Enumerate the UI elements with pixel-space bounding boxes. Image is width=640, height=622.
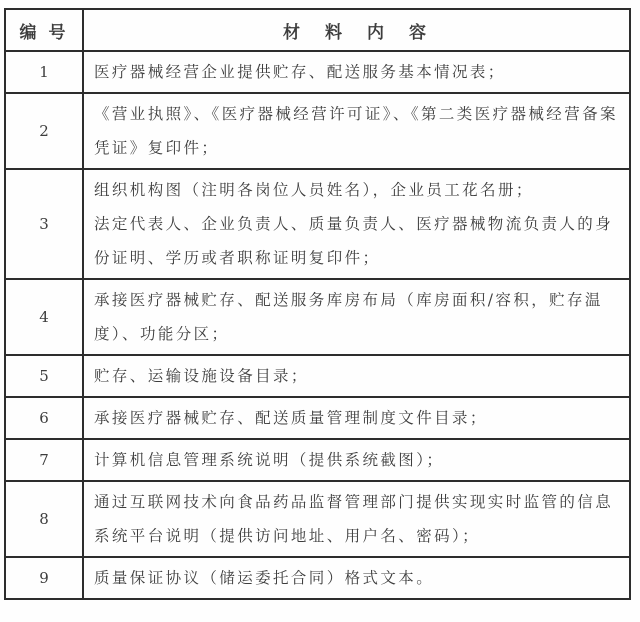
table-row: 4 承接医疗器械贮存、配送服务库房布局（库房面积/容积，贮存温度）、功能分区； (5, 279, 630, 355)
row-number: 4 (5, 279, 83, 355)
content-line: 《营业执照》、《医疗器械经营许可证》、《第二类医疗器械经营备案凭证》复印件； (94, 97, 619, 165)
materials-table-wrap: 编 号 材 料 内 容 1 医疗器械经营企业提供贮存、配送服务基本情况表； 2 … (4, 8, 631, 600)
row-number: 7 (5, 439, 83, 481)
table-row: 1 医疗器械经营企业提供贮存、配送服务基本情况表； (5, 51, 630, 93)
row-content: 计算机信息管理系统说明（提供系统截图）； (83, 439, 630, 481)
document-page: 编 号 材 料 内 容 1 医疗器械经营企业提供贮存、配送服务基本情况表； 2 … (0, 0, 640, 622)
content-line: 承接医疗器械贮存、配送质量管理制度文件目录； (94, 401, 619, 435)
materials-table: 编 号 材 料 内 容 1 医疗器械经营企业提供贮存、配送服务基本情况表； 2 … (4, 8, 631, 600)
row-number: 6 (5, 397, 83, 439)
content-line: 组织机构图（注明各岗位人员姓名），企业员工花名册； (94, 173, 619, 207)
content-line: 质量保证协议（储运委托合同）格式文本。 (94, 561, 619, 595)
table-body: 1 医疗器械经营企业提供贮存、配送服务基本情况表； 2 《营业执照》、《医疗器械… (5, 51, 630, 599)
table-row: 7 计算机信息管理系统说明（提供系统截图）； (5, 439, 630, 481)
row-content: 《营业执照》、《医疗器械经营许可证》、《第二类医疗器械经营备案凭证》复印件； (83, 93, 630, 169)
content-line: 法定代表人、企业负责人、质量负责人、医疗器械物流负责人的身份证明、学历或者职称证… (94, 207, 619, 275)
row-number: 9 (5, 557, 83, 599)
header-number: 编 号 (5, 9, 83, 51)
content-line: 计算机信息管理系统说明（提供系统截图）； (94, 443, 619, 477)
content-line: 通过互联网技术向食品药品监督管理部门提供实现实时监管的信息系统平台说明（提供访问… (94, 485, 619, 553)
table-row: 3 组织机构图（注明各岗位人员姓名），企业员工花名册；法定代表人、企业负责人、质… (5, 169, 630, 279)
content-line: 承接医疗器械贮存、配送服务库房布局（库房面积/容积，贮存温度）、功能分区； (94, 283, 619, 351)
row-content: 贮存、运输设施设备目录； (83, 355, 630, 397)
header-row: 编 号 材 料 内 容 (5, 9, 630, 51)
table-row: 2 《营业执照》、《医疗器械经营许可证》、《第二类医疗器械经营备案凭证》复印件； (5, 93, 630, 169)
row-content: 医疗器械经营企业提供贮存、配送服务基本情况表； (83, 51, 630, 93)
table-header: 编 号 材 料 内 容 (5, 9, 630, 51)
table-row: 9 质量保证协议（储运委托合同）格式文本。 (5, 557, 630, 599)
table-row: 8 通过互联网技术向食品药品监督管理部门提供实现实时监管的信息系统平台说明（提供… (5, 481, 630, 557)
row-content: 承接医疗器械贮存、配送质量管理制度文件目录； (83, 397, 630, 439)
content-line: 医疗器械经营企业提供贮存、配送服务基本情况表； (94, 55, 619, 89)
row-number: 8 (5, 481, 83, 557)
row-number: 2 (5, 93, 83, 169)
row-content: 质量保证协议（储运委托合同）格式文本。 (83, 557, 630, 599)
table-row: 6 承接医疗器械贮存、配送质量管理制度文件目录； (5, 397, 630, 439)
row-content: 组织机构图（注明各岗位人员姓名），企业员工花名册；法定代表人、企业负责人、质量负… (83, 169, 630, 279)
content-line: 贮存、运输设施设备目录； (94, 359, 619, 393)
row-number: 5 (5, 355, 83, 397)
row-content: 通过互联网技术向食品药品监督管理部门提供实现实时监管的信息系统平台说明（提供访问… (83, 481, 630, 557)
table-row: 5 贮存、运输设施设备目录； (5, 355, 630, 397)
header-content: 材 料 内 容 (83, 9, 630, 51)
row-number: 3 (5, 169, 83, 279)
row-content: 承接医疗器械贮存、配送服务库房布局（库房面积/容积，贮存温度）、功能分区； (83, 279, 630, 355)
row-number: 1 (5, 51, 83, 93)
